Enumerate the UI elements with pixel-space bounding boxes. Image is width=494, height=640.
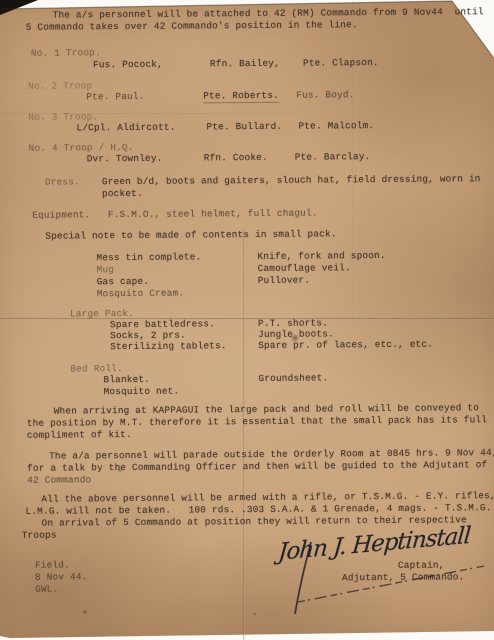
small-pack-item: Knife, fork and spoon. bbox=[257, 250, 385, 263]
troop-1-label: No. 1 Troop. bbox=[31, 47, 101, 60]
arms-paragraph-line: On arrival of 5 Commando at position the… bbox=[42, 514, 467, 529]
troop-1-name: Rfn. Bailey, bbox=[210, 58, 280, 71]
troop-1-name: Pte. Clapson. bbox=[303, 57, 379, 70]
troop-2-name: Pte. Roberts. bbox=[203, 90, 279, 104]
small-pack-item: Pullover. bbox=[258, 275, 311, 287]
signature-role: Adjutant, 5 Commando. bbox=[342, 571, 464, 584]
troop-2-name: Fus. Boyd. bbox=[296, 89, 354, 101]
kit-paragraph-line: the position by M.T. therefore it is ess… bbox=[27, 414, 487, 430]
bed-roll-item: Groundsheet. bbox=[258, 372, 328, 385]
small-pack-note: Special note to be made of contents in s… bbox=[45, 228, 336, 242]
troop-2-label: No. 2 Troop bbox=[28, 80, 92, 93]
kit-paragraph-line: compliment of kit. bbox=[27, 429, 132, 442]
bed-roll-item: Mosquito net. bbox=[104, 386, 180, 399]
footer-initials: GWL. bbox=[35, 584, 58, 596]
dress-label: Dress. bbox=[45, 176, 80, 188]
large-pack-item: Spare pr. of laces, etc., etc. bbox=[258, 339, 433, 352]
troop-4-name: Dvr. Townley. bbox=[87, 153, 163, 166]
troop-3-name: Pte. Bullard. bbox=[206, 121, 282, 134]
troop-3-name: Pte. Malcolm. bbox=[298, 120, 374, 133]
parade-paragraph-line: 42 Commando bbox=[27, 474, 91, 487]
signature-rank: Captain, bbox=[398, 560, 445, 572]
arms-paragraph-line: Troops bbox=[22, 530, 57, 542]
dress-text: Green b/d, boots and gaiters, slouch hat… bbox=[102, 173, 481, 188]
troop-4-name: Rfn. Cooke. bbox=[204, 152, 268, 165]
footer-place: Field. bbox=[35, 559, 70, 571]
troop-3-name: L/Cpl. Aldircott. bbox=[76, 122, 175, 135]
bed-roll-item: Blanket. bbox=[103, 374, 150, 386]
dress-text: pocket. bbox=[102, 188, 143, 200]
footer-date: 8 Nov 44. bbox=[35, 571, 88, 583]
scanned-document: The a/s personnel will be attached to 42… bbox=[0, 0, 494, 640]
small-pack-item: Mess tin complete. bbox=[96, 251, 201, 264]
troop-4-name: Pte. Barclay. bbox=[295, 151, 371, 164]
parade-paragraph-line: for a talk by the Commanding Officer and… bbox=[27, 459, 487, 475]
troop-1-name: Fus. Pocock, bbox=[93, 59, 163, 72]
small-pack-item: Mosquito Cream. bbox=[97, 288, 184, 301]
small-pack-item: Mug bbox=[97, 264, 115, 276]
small-pack-item: Gas cape. bbox=[97, 276, 150, 288]
small-pack-item: Camouflage veil. bbox=[258, 262, 351, 275]
troop-2-name: Pte. Paul. bbox=[86, 91, 144, 103]
intro-line: 5 Commando takes over 42 Commando's posi… bbox=[26, 19, 358, 34]
large-pack-item: Sterilizing tablets. bbox=[110, 340, 227, 353]
equipment-line: Equipment. F.S.M.O., steel helmet, full … bbox=[32, 208, 318, 222]
